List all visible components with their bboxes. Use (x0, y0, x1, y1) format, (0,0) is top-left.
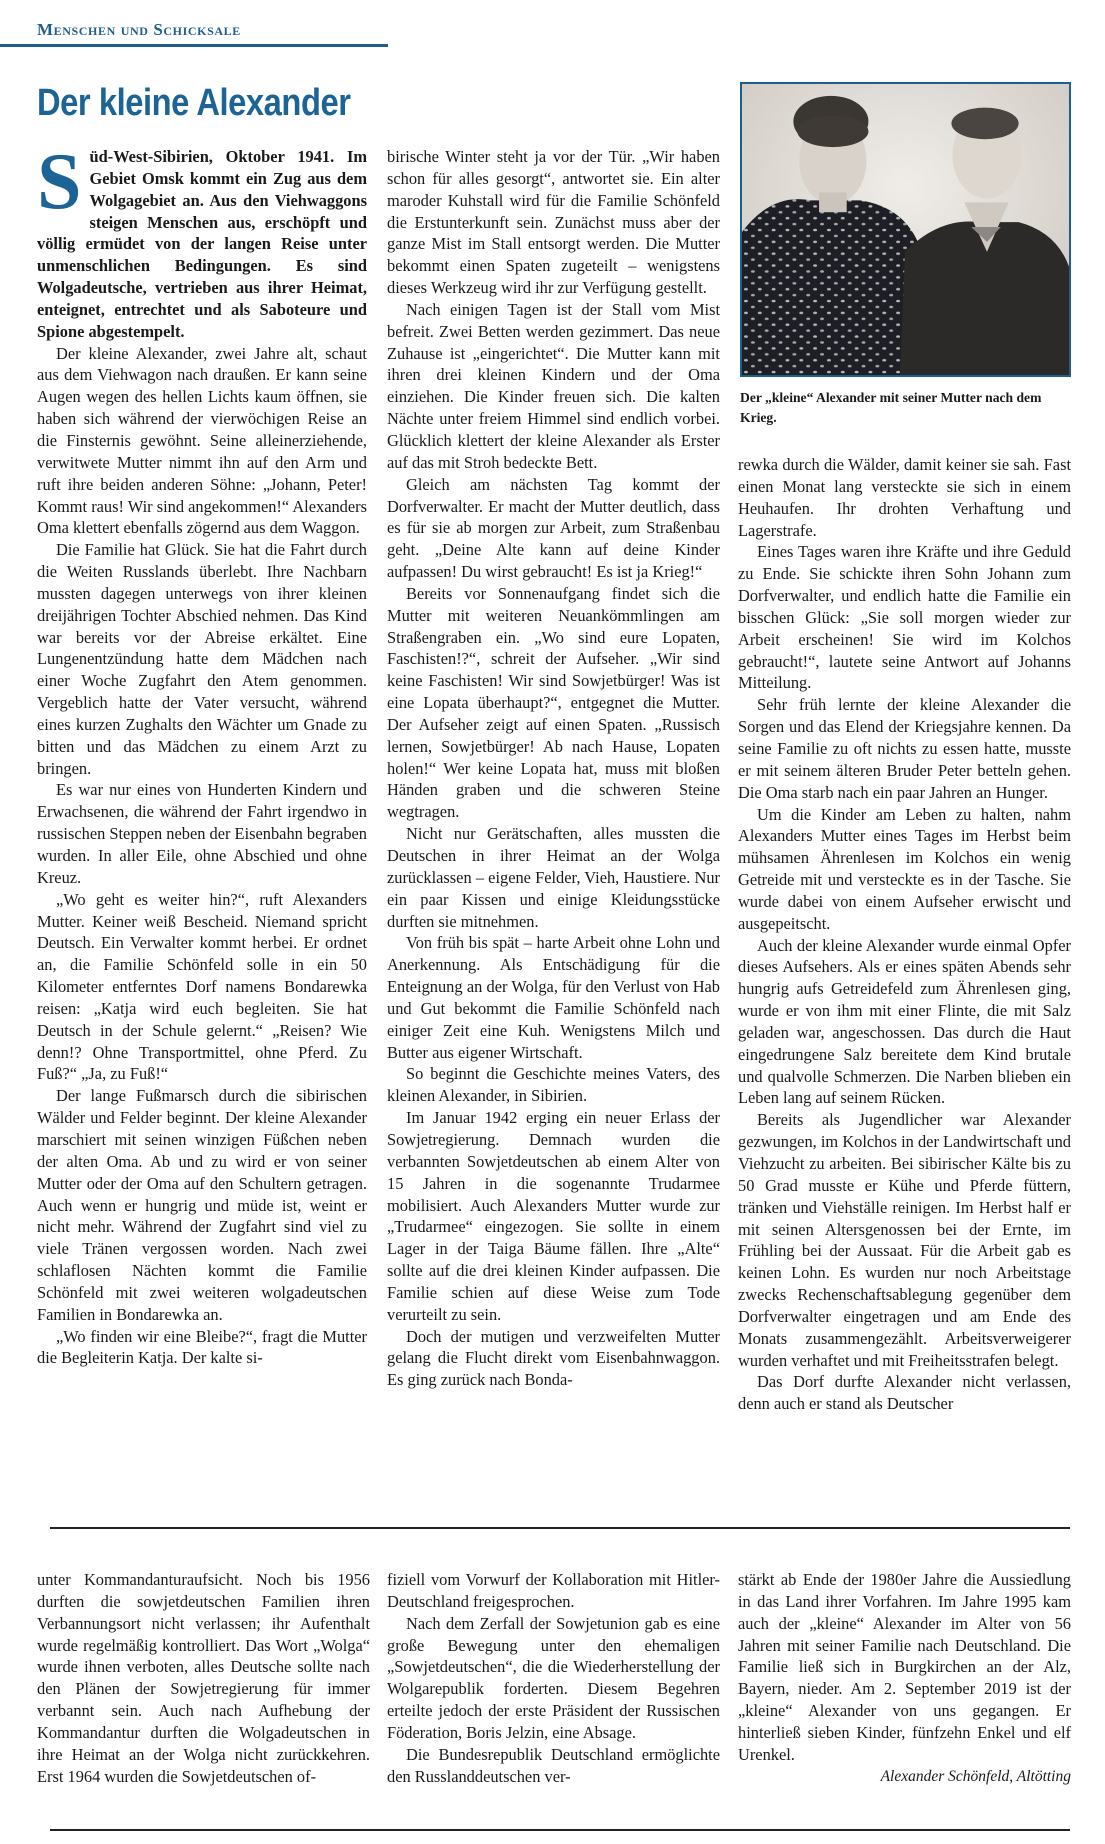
paragraph: Die Familie hat Glück. Sie hat die Fahrt… (37, 539, 367, 779)
article-column-5: fiziell vom Vorwurf der Kollaboration mi… (387, 1569, 720, 1787)
paragraph: unter Kommandanturaufsicht. Noch bis 195… (37, 1569, 370, 1787)
paragraph: Der lange Fußmarsch durch die sibirische… (37, 1085, 367, 1325)
dropcap: S (37, 150, 82, 214)
paragraph: Doch der mutigen und verzweifelten Mutte… (387, 1326, 720, 1392)
paragraph: Nach dem Zerfall der Sowjetunion gab es … (387, 1613, 720, 1744)
photo-caption: Der „kleine“ Alexander mit seiner Mutter… (740, 388, 1073, 428)
author-byline: Alexander Schönfeld, Altötting (738, 1766, 1071, 1788)
lead-text: üd-West-Sibirien, Oktober 1941. Im Gebie… (37, 147, 367, 341)
divider-rule (50, 1527, 1070, 1529)
paragraph: So beginnt die Geschichte meines Vaters,… (387, 1063, 720, 1107)
paragraph: Das Dorf durfte Alexander nicht verlasse… (738, 1371, 1071, 1415)
article-column-6: stärkt ab Ende der 1980er Jahre die Auss… (738, 1569, 1071, 1787)
paragraph: stärkt ab Ende der 1980er Jahre die Auss… (738, 1569, 1071, 1766)
paragraph: birische Winter steht ja vor der Tür. „W… (387, 146, 720, 299)
article-title: Der kleine Alexander (37, 82, 351, 125)
paragraph: Bereits vor Sonnenaufgang findet sich di… (387, 583, 720, 823)
paragraph: rewka durch die Wälder, damit keiner sie… (738, 454, 1071, 541)
article-photo (740, 82, 1071, 377)
paragraph: Auch der kleine Alexander wurde einmal O… (738, 935, 1071, 1110)
paragraph: Bereits als Jugendlicher war Alexander g… (738, 1109, 1071, 1371)
section-label: Menschen und Schicksale (37, 20, 241, 40)
paragraph: Sehr früh lernte der kleine Alexander di… (738, 694, 1071, 803)
article-column-4: unter Kommandanturaufsicht. Noch bis 195… (37, 1569, 370, 1787)
section-rule (0, 44, 388, 47)
paragraph: „Wo finden wir eine Bleibe?“, fragt die … (37, 1326, 367, 1370)
article-column-1: Süd-West-Sibirien, Oktober 1941. Im Gebi… (37, 146, 367, 1369)
paragraph: Um die Kinder am Leben zu halten, nahm A… (738, 804, 1071, 935)
photo-portrait-icon (742, 84, 1069, 375)
divider-rule (50, 1829, 1070, 1831)
paragraph: Der kleine Alexander, zwei Jahre alt, sc… (37, 343, 367, 540)
paragraph: Eines Tages waren ihre Kräfte und ihre G… (738, 541, 1071, 694)
paragraph: Gleich am nächsten Tag kommt der Dorfver… (387, 474, 720, 583)
article-column-3: rewka durch die Wälder, damit keiner sie… (738, 454, 1071, 1415)
paragraph: Im Januar 1942 erging ein neuer Erlass d… (387, 1107, 720, 1325)
paragraph: Nach einigen Tagen ist der Stall vom Mis… (387, 299, 720, 474)
article-column-2: birische Winter steht ja vor der Tür. „W… (387, 146, 720, 1391)
paragraph: „Wo geht es weiter hin?“, ruft Alexander… (37, 889, 367, 1086)
paragraph: Von früh bis spät – harte Arbeit ohne Lo… (387, 932, 720, 1063)
paragraph: Die Bundesrepublik Deutschland ermöglich… (387, 1744, 720, 1788)
paragraph: Es war nur eines von Hunderten Kindern u… (37, 779, 367, 888)
section-header: Menschen und Schicksale (0, 0, 388, 44)
paragraph: fiziell vom Vorwurf der Kollaboration mi… (387, 1569, 720, 1613)
lead-paragraph: Süd-West-Sibirien, Oktober 1941. Im Gebi… (37, 146, 367, 343)
paragraph: Nicht nur Gerätschaften, alles mussten d… (387, 823, 720, 932)
